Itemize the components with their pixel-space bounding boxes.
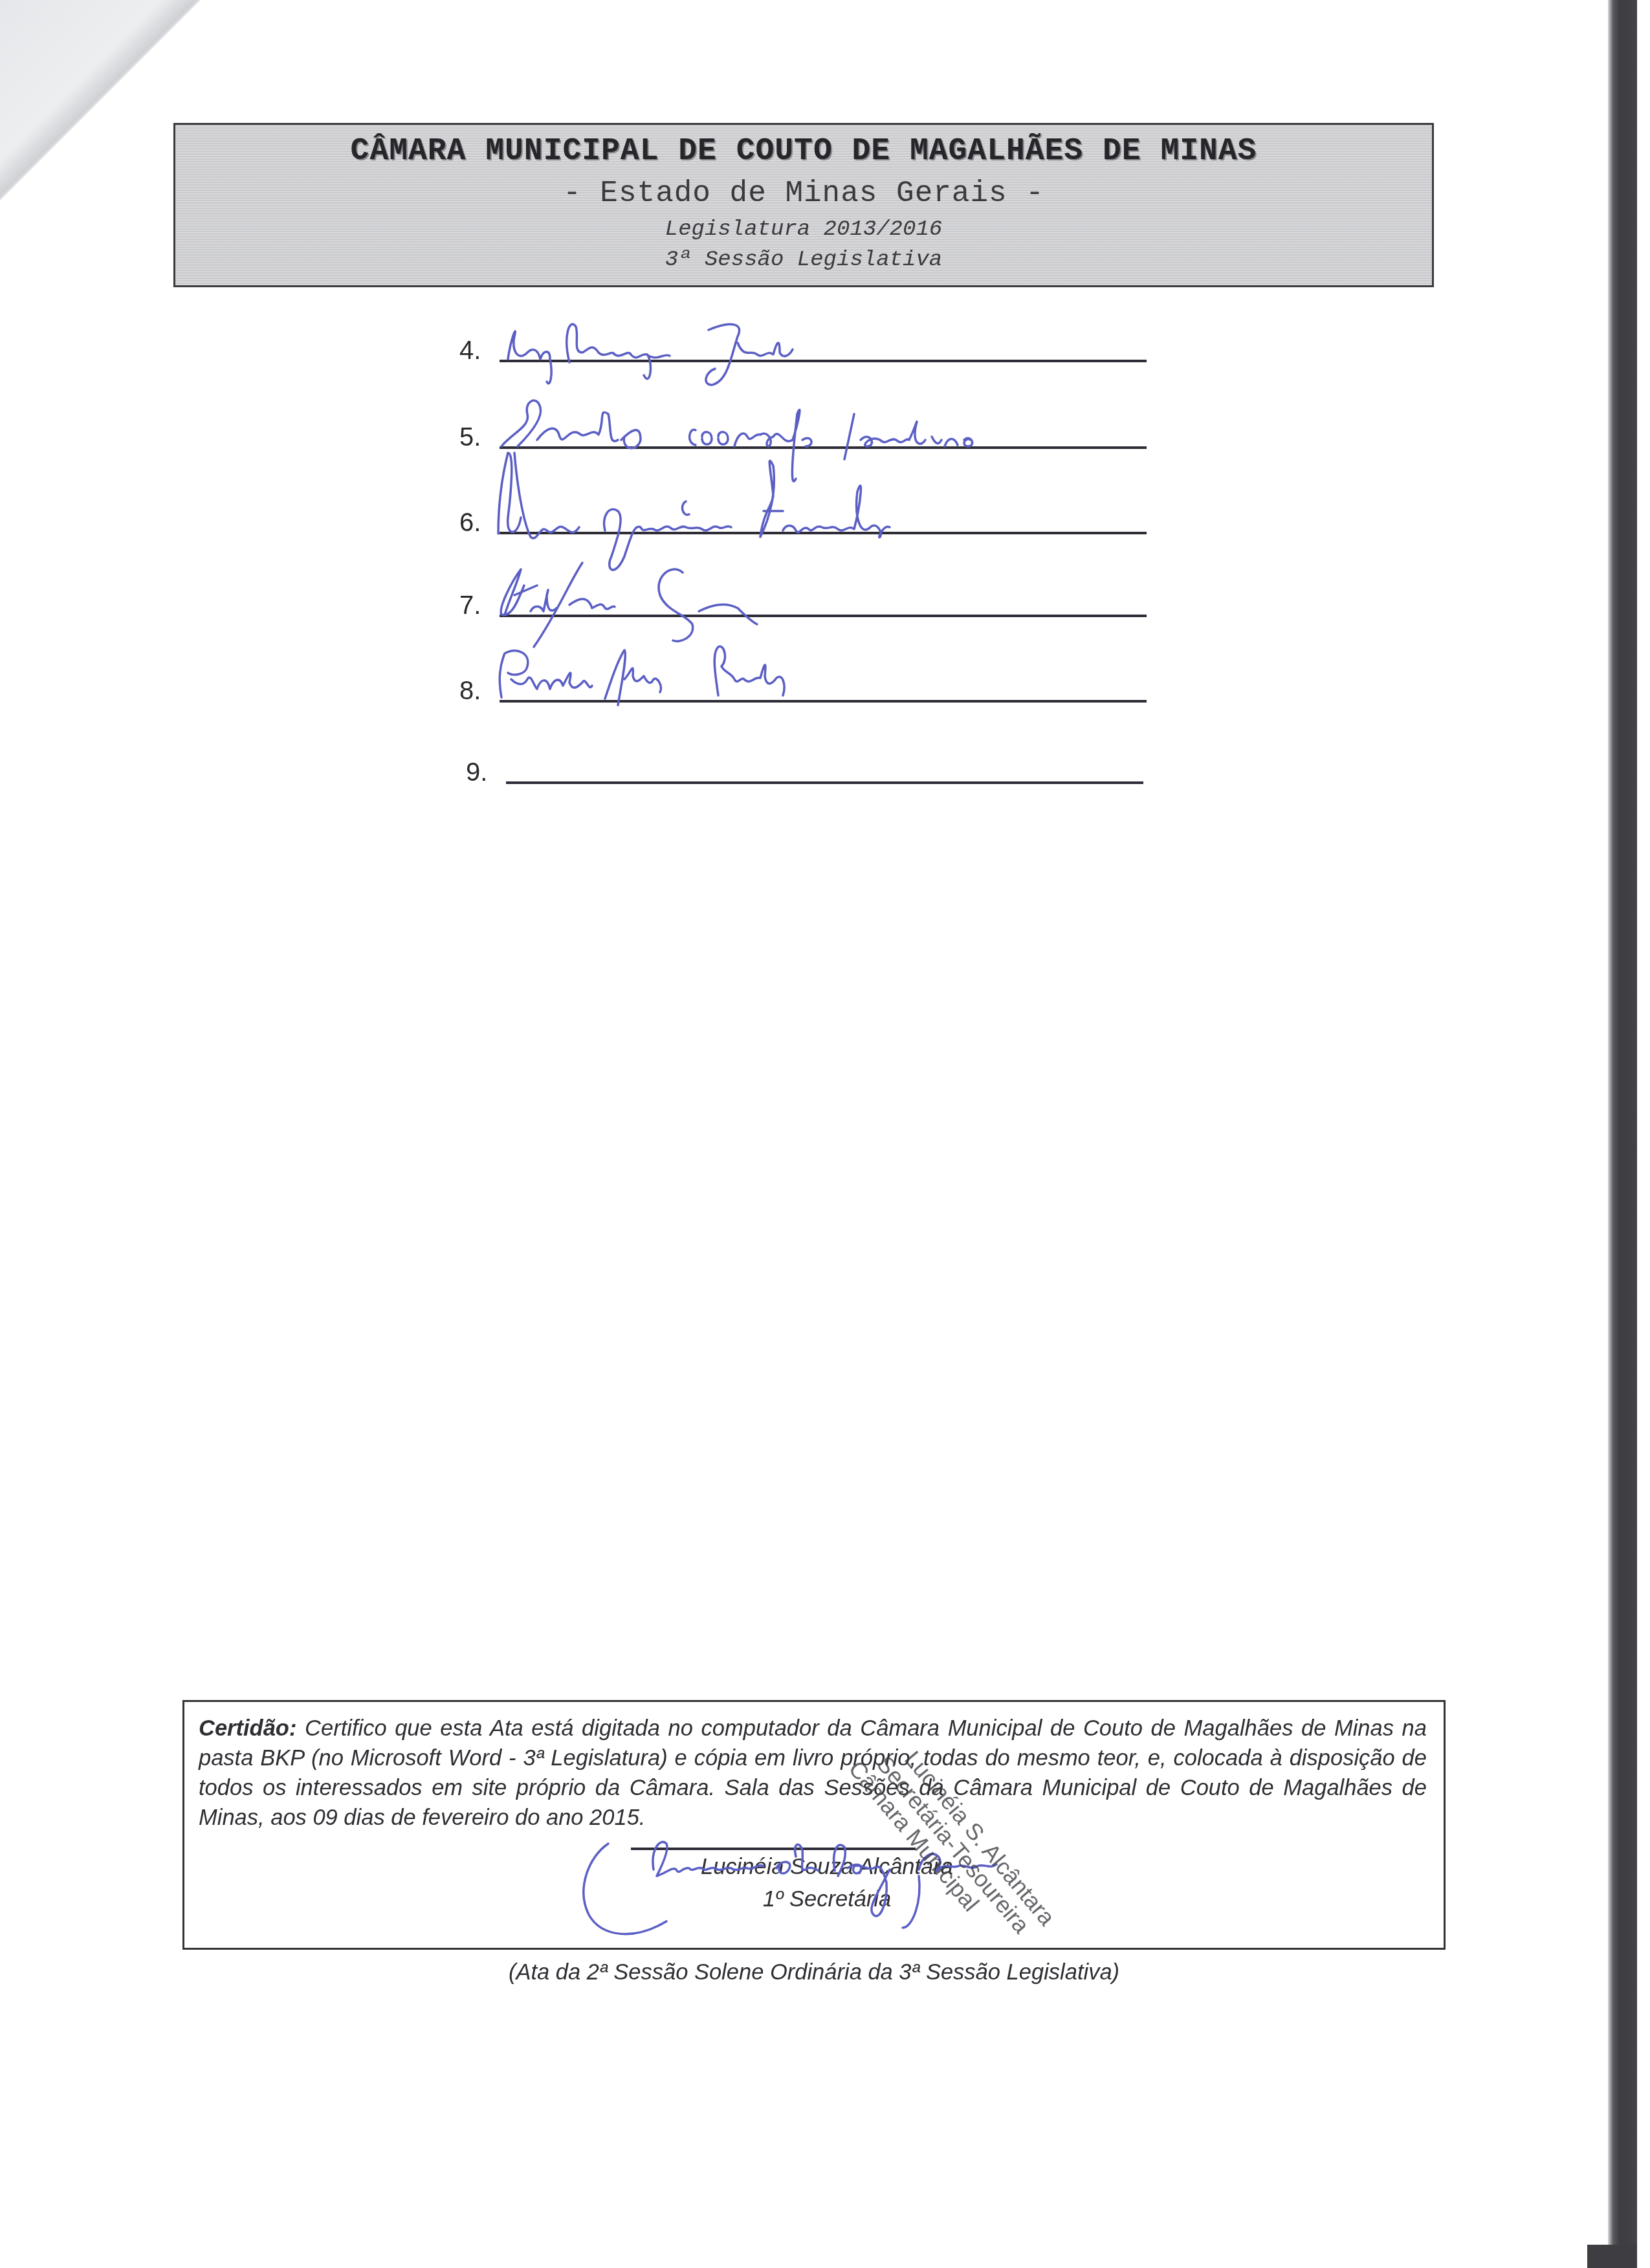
certificate-signature-line [631, 1848, 916, 1850]
letterhead-box: CÂMARA MUNICIPAL DE COUTO DE MAGALHÃES D… [173, 123, 1434, 287]
signature-number: 6. [459, 510, 481, 536]
signature-row: 6. [459, 490, 1152, 536]
signature-number: 4. [459, 338, 481, 364]
certificate-text: Certidão: Certifico que esta Ata está di… [199, 1714, 1427, 1833]
signature-row: 9. [466, 740, 1149, 785]
signature-row: 7. [459, 573, 1152, 618]
signature-number: 9. [466, 759, 487, 785]
signature-row: 5. [459, 405, 1152, 450]
signature-number: 7. [459, 593, 481, 618]
scanner-margin [1637, 0, 1650, 2268]
signature-number: 5. [459, 424, 481, 450]
certificate-signer-role: 1º Secretária [184, 1887, 1444, 1912]
signature-row: 8. [459, 659, 1152, 704]
signature-line [500, 532, 1147, 534]
letterhead-state: - Estado de Minas Gerais - [175, 177, 1432, 210]
letterhead-title: CÂMARA MUNICIPAL DE COUTO DE MAGALHÃES D… [175, 134, 1432, 169]
certificate-signer-name: Lucinéia Souza Alcântara [184, 1855, 1444, 1880]
signature-line [506, 781, 1143, 784]
signature-line [500, 446, 1147, 449]
signature-row: 4. [459, 318, 1152, 364]
certificate-body: Certifico que esta Ata está digitada no … [199, 1716, 1427, 1830]
signature-number: 8. [459, 678, 481, 704]
signature-line [500, 360, 1147, 362]
letterhead-legislature: Legislatura 2013/2016 [175, 217, 1432, 242]
scanner-edge-shadow-bottom [1587, 2245, 1637, 2268]
folded-page-corner [0, 0, 201, 201]
certificate-label: Certidão: [199, 1716, 296, 1741]
scanner-edge-shadow [1608, 0, 1637, 2245]
letterhead-session: 3ª Sessão Legislativa [175, 248, 1432, 272]
certificate-box: Certidão: Certifico que esta Ata está di… [182, 1700, 1446, 1950]
minutes-caption: (Ata da 2ª Sessão Solene Ordinária da 3ª… [182, 1960, 1446, 1985]
signature-line [500, 615, 1147, 617]
signature-line [500, 700, 1147, 703]
